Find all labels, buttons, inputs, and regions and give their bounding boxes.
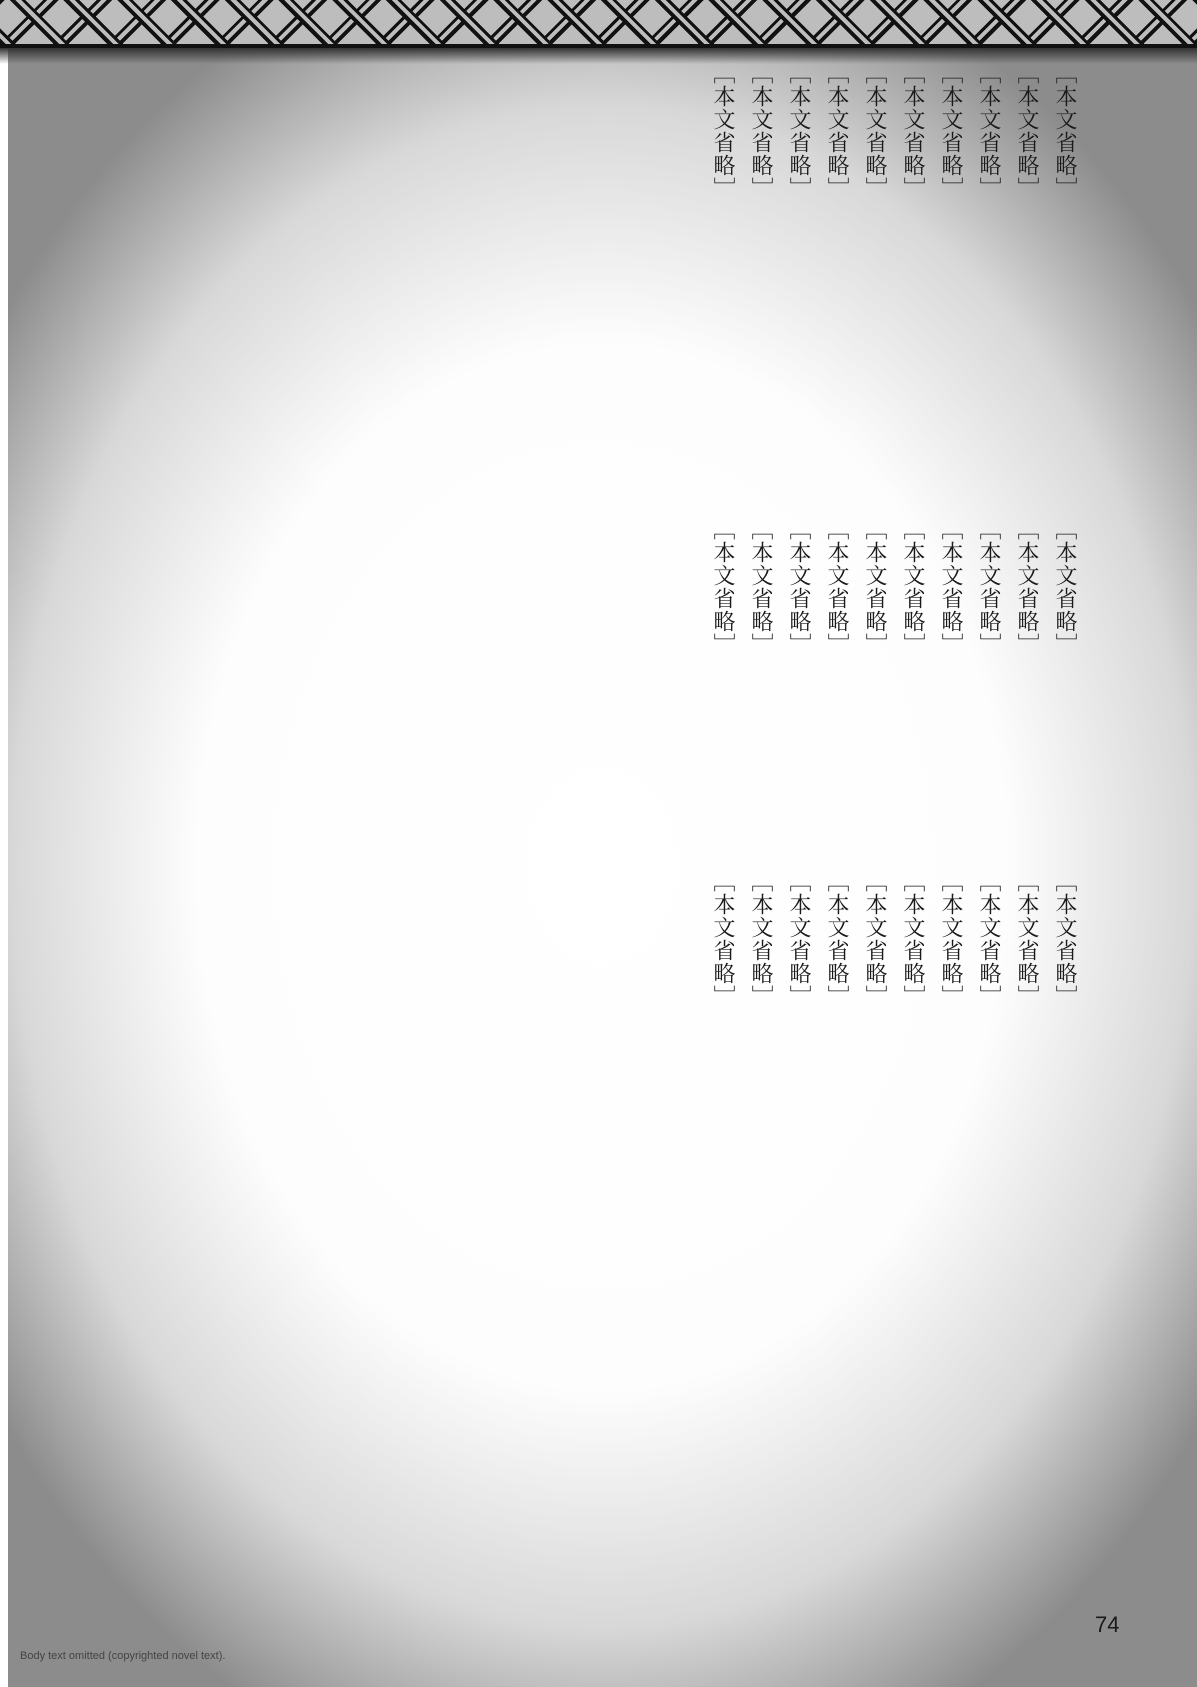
text-column: ［本文省略］: [973, 518, 1003, 863]
text-column: ［本文省略］: [1049, 518, 1079, 863]
text-column: ［本文省略］: [707, 870, 737, 1545]
text-column: ［本文省略］: [973, 62, 1003, 530]
page-edge: [0, 0, 8, 1687]
text-column: ［本文省略］: [897, 62, 927, 530]
text-column: ［本文省略］: [1011, 870, 1041, 1545]
text-column: ［本文省略］: [707, 518, 737, 863]
text-column: ［本文省略］: [1049, 62, 1079, 530]
page-number: 74: [1095, 1612, 1119, 1638]
text-column: ［本文省略］: [1011, 62, 1041, 530]
text-column: ［本文省略］: [859, 518, 889, 863]
text-column: ［本文省略］: [821, 518, 851, 863]
text-column: ［本文省略］: [745, 870, 775, 1545]
text-column: ［本文省略］: [935, 62, 965, 530]
diamond-lattice-border: [0, 0, 1197, 48]
omission-notice: Body text omitted (copyrighted novel tex…: [20, 1650, 225, 1662]
text-column: ［本文省略］: [783, 870, 813, 1545]
text-column: ［本文省略］: [707, 62, 737, 530]
text-column: ［本文省略］: [935, 518, 965, 863]
text-column: ［本文省略］: [783, 518, 813, 863]
text-column: ［本文省略］: [1011, 518, 1041, 863]
text-tier-bottom: ［本文省略］［本文省略］［本文省略］［本文省略］［本文省略］［本文省略］［本文省…: [79, 870, 1079, 1545]
text-tier-top: ［本文省略］［本文省略］［本文省略］［本文省略］［本文省略］［本文省略］［本文省…: [79, 62, 1079, 530]
text-column: ［本文省略］: [821, 870, 851, 1545]
text-column: ［本文省略］: [1049, 870, 1079, 1545]
text-column: ［本文省略］: [859, 870, 889, 1545]
text-column: ［本文省略］: [973, 870, 1003, 1545]
text-column: ［本文省略］: [935, 870, 965, 1545]
text-tier-middle: ［本文省略］［本文省略］［本文省略］［本文省略］［本文省略］［本文省略］［本文省…: [79, 518, 1079, 863]
text-column: ［本文省略］: [859, 62, 889, 530]
text-column: ［本文省略］: [897, 870, 927, 1545]
text-column: ［本文省略］: [821, 62, 851, 530]
text-column: ［本文省略］: [745, 62, 775, 530]
text-column: ［本文省略］: [897, 518, 927, 863]
text-column: ［本文省略］: [783, 62, 813, 530]
text-column: ［本文省略］: [745, 518, 775, 863]
